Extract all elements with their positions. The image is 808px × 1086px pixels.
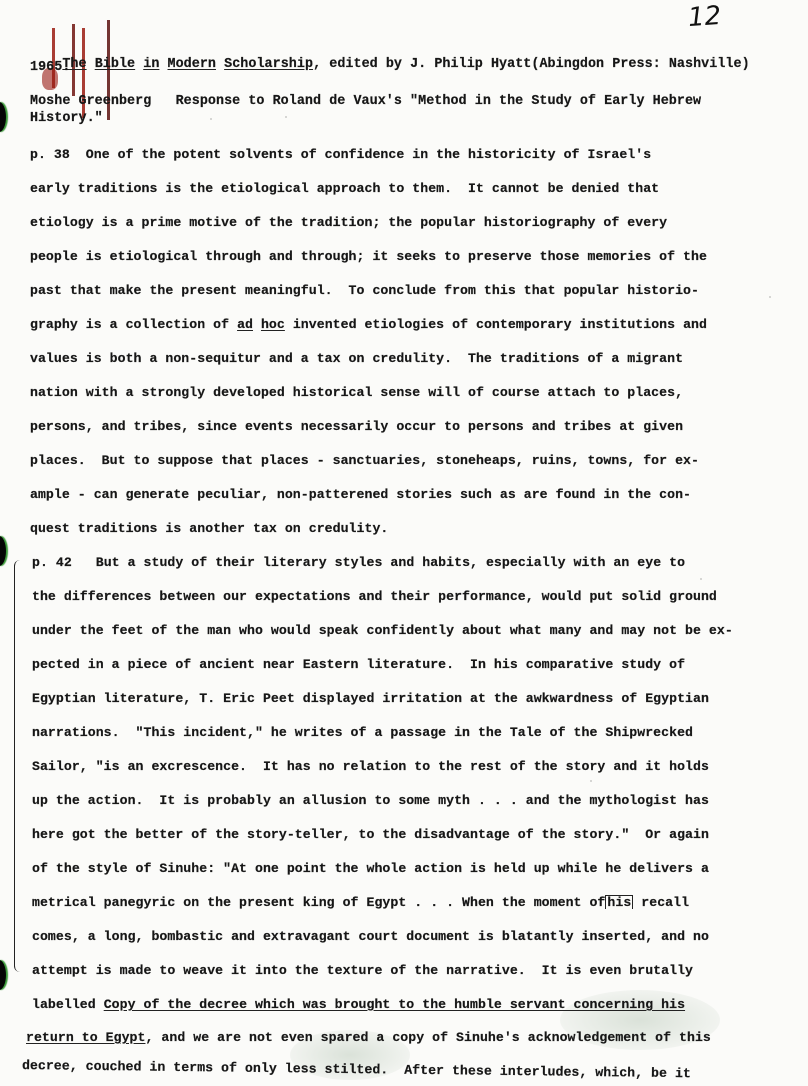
scan-speck (700, 578, 702, 580)
scanned-document-page: 12 The Bible in Modern Scholarship, edit… (0, 0, 808, 1086)
text-line: Egyptian literature, T. Eric Peet displa… (32, 691, 709, 706)
scan-speck (769, 296, 771, 298)
text-line: quest traditions is another tax on credu… (30, 521, 388, 536)
text-line: One of the potent solvents of confidence… (86, 147, 651, 162)
text-line: metrical panegyric on the present king o… (32, 895, 689, 910)
text-fragment: recall (633, 895, 689, 910)
response-title-continued: History." (30, 111, 103, 126)
text-line: labelled Copy of the decree which was br… (32, 997, 685, 1012)
underlined-decree-title: Copy of the decree which was brought to … (104, 997, 685, 1012)
book-title-word: Scholarship (224, 57, 313, 72)
citation-line: The Bible in Modern Scholarship, edited … (30, 42, 750, 87)
citation-details: , edited by J. Philip Hyatt(Abingdon Pre… (313, 57, 750, 72)
text-fragment: invented etiologies of contemporary inst… (285, 317, 707, 332)
book-title-word: Modern (168, 57, 217, 72)
scan-speck (285, 116, 287, 118)
margin-bracket-mark (14, 560, 21, 972)
text-fragment: graphy is a collection of (30, 317, 237, 332)
text-line: pected in a piece of ancient near Easter… (32, 657, 685, 672)
text-line: attempt is made to weave it into the tex… (32, 963, 693, 978)
text-line: ample - can generate peculiar, non-patte… (30, 487, 691, 502)
text-line: comes, a long, bombastic and extravagant… (32, 929, 709, 944)
response-title: Response to Roland de Vaux's "Method in … (176, 94, 702, 109)
text-line: Sailor, "is an excrescence. It has no re… (32, 759, 709, 774)
author-response-line: Moshe Greenberg Response to Roland de Va… (30, 94, 701, 109)
underlined-term: ad (237, 317, 253, 332)
section-line: p. 42 But a study of their literary styl… (32, 555, 685, 570)
punch-hole (0, 102, 6, 132)
text-line: narrations. "This incident," he writes o… (32, 725, 693, 740)
punch-hole (0, 536, 6, 566)
scan-speck (590, 780, 592, 782)
text-line: return to Egypt, and we are not even spa… (26, 1030, 711, 1045)
citation-year: 1965. (30, 60, 70, 75)
text-line: nation with a strongly developed histori… (30, 385, 683, 400)
text-fragment: metrical panegyric on the present king o… (32, 895, 605, 910)
underlined-term: hoc (261, 317, 285, 332)
text-line: people is etiological through and throug… (30, 249, 707, 264)
text-line: of the style of Sinuhe: "At one point th… (32, 861, 709, 876)
text-line: But a study of their literary styles and… (96, 555, 685, 570)
handwritten-page-number: 12 (687, 1, 722, 33)
text-line: here got the better of the story-teller,… (32, 827, 709, 842)
text-line: up the action. It is probably an allusio… (32, 793, 709, 808)
text-line: persons, and tribes, since events necess… (30, 419, 683, 434)
page-reference: p. 38 (30, 147, 70, 162)
section-line: p. 38 One of the potent solvents of conf… (30, 147, 651, 162)
author-name: Moshe Greenberg (30, 94, 151, 109)
text-line: early traditions is the etiological appr… (30, 181, 659, 196)
text-line: etiology is a prime motive of the tradit… (30, 215, 667, 230)
text-line: the differences between our expectations… (32, 589, 717, 604)
punch-hole (0, 960, 6, 990)
text-fragment: labelled (32, 997, 104, 1012)
text-line: past that make the present meaningful. T… (30, 283, 699, 298)
scan-speck (210, 118, 212, 120)
book-title-word: Bible (95, 57, 135, 72)
text-line: values is both a non-sequitur and a tax … (30, 351, 683, 366)
text-line: graphy is a collection of ad hoc invente… (30, 317, 707, 332)
page-reference: p. 42 (32, 555, 72, 570)
text-line: places. But to suppose that places - san… (30, 453, 699, 468)
text-line: under the feet of the man who would spea… (32, 623, 733, 638)
bracketed-insertion: his (605, 895, 633, 909)
text-fragment: , and we are not even spared a copy of S… (145, 1030, 710, 1045)
underlined-decree-title: return to Egypt (26, 1030, 145, 1045)
book-title-word: in (143, 57, 159, 72)
